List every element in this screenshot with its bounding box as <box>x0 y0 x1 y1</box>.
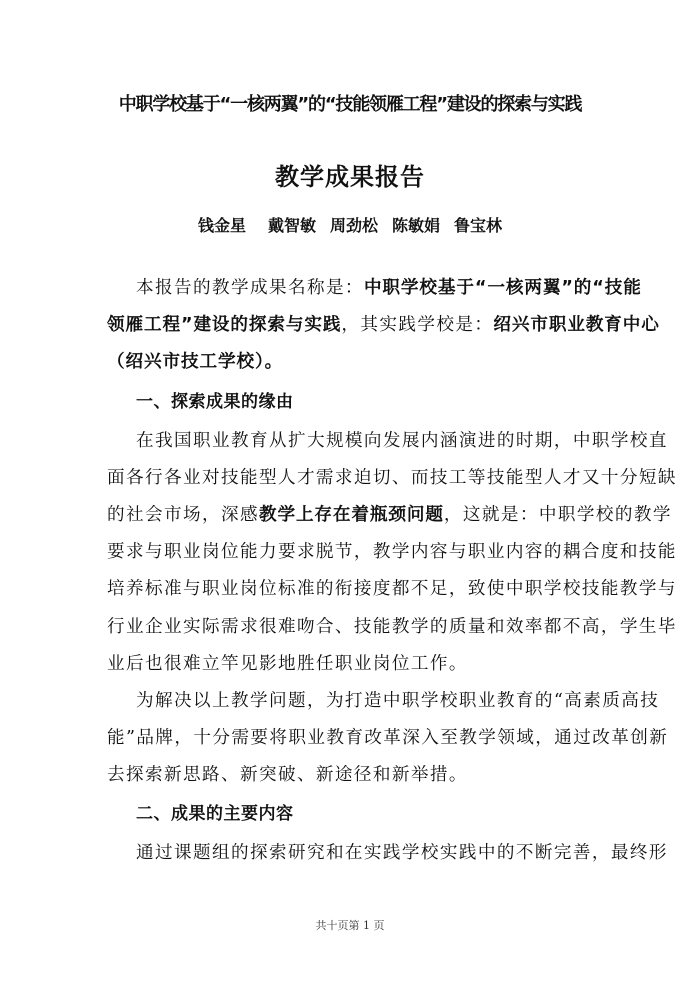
text-line: 通过课题组的探索研究和在实践学校实践中的不断完善，最终形 <box>107 835 597 872</box>
document-body: 本报告的教学成果名称是：中职学校基于“一核两翼”的“技能 领雁工程”建设的探索与… <box>107 270 597 873</box>
author-name: 鲁宝林 <box>454 213 502 236</box>
section1-paragraph-1: 在我国职业教育从扩大规模向发展内涵演进的时期，中职学校直 面各行各业对技能型人才… <box>107 423 597 683</box>
bold-text: 教学上存在着瓶颈问题 <box>259 505 444 525</box>
page-footer: 共十页第 1 页 <box>0 917 700 933</box>
author-list: 钱金星戴智敏周劲松陈敏娟鲁宝林 <box>0 213 700 236</box>
text-line: 的社会市场，深感教学上存在着瓶颈问题，这就是：中职学校的教学 <box>107 497 597 534</box>
text-line: 面各行各业对技能型人才需求迫切、而技工等技能型人才又十分短缺 <box>107 460 597 497</box>
bold-text: 绍兴市职业教育中心 <box>493 315 659 335</box>
document-title: 中职学校基于“一核两翼”的“技能领雁工程”建设的探索与实践 <box>0 90 700 116</box>
author-name: 陈敏娟 <box>392 213 440 236</box>
text-span: 的社会市场，深感 <box>107 505 259 525</box>
section-heading-1: 一、探索成果的缘由 <box>107 382 597 423</box>
text-line: 领雁工程”建设的探索与实践，其实践学校是：绍兴市职业教育中心 <box>107 307 597 344</box>
bold-text: 中职学校基于“一核两翼”的“技能 <box>364 278 642 298</box>
text-span: 本报告的教学成果名称是： <box>136 278 364 298</box>
text-line: 本报告的教学成果名称是：中职学校基于“一核两翼”的“技能 <box>107 270 597 307</box>
text-line: 能”品牌，十分需要将职业教育改革深入至教学领域，通过改革创新 <box>107 720 597 757</box>
bold-text: （绍兴市技工学校）。 <box>107 352 283 372</box>
section1-paragraph-2: 为解决以上教学问题，为打造中职学校职业教育的“高素质高技 能”品牌，十分需要将职… <box>107 683 597 795</box>
author-name: 戴智敏 <box>268 213 316 236</box>
document-subtitle: 教学成果报告 <box>0 157 700 192</box>
section2-paragraph-1: 通过课题组的探索研究和在实践学校实践中的不断完善，最终形 <box>107 835 597 872</box>
text-span: ，这就是：中职学校的教学 <box>444 505 672 525</box>
author-name: 周劲松 <box>330 213 378 236</box>
text-line: 培养标准与职业岗位标准的衔接度都不足，致使中职学校技能教学与 <box>107 571 597 608</box>
text-line: 去探索新思路、新突破、新途径和新举措。 <box>107 757 597 794</box>
text-line: 在我国职业教育从扩大规模向发展内涵演进的时期，中职学校直 <box>107 423 597 460</box>
text-line: （绍兴市技工学校）。 <box>107 344 597 381</box>
text-line: 行业企业实际需求很难吻合、技能教学的质量和效率都不高，学生毕 <box>107 609 597 646</box>
text-line: 业后也很难立竿见影地胜任职业岗位工作。 <box>107 646 597 683</box>
document-page: 中职学校基于“一核两翼”的“技能领雁工程”建设的探索与实践 教学成果报告 钱金星… <box>0 0 700 990</box>
text-line: 为解决以上教学问题，为打造中职学校职业教育的“高素质高技 <box>107 683 597 720</box>
text-line: 要求与职业岗位能力要求脱节，教学内容与职业内容的耦合度和技能 <box>107 534 597 571</box>
text-span: ，其实践学校是： <box>341 315 493 335</box>
section-heading-2: 二、成果的主要内容 <box>107 794 597 835</box>
author-name: 钱金星 <box>198 213 246 236</box>
bold-text: 领雁工程”建设的探索与实践 <box>107 315 341 335</box>
intro-paragraph: 本报告的教学成果名称是：中职学校基于“一核两翼”的“技能 领雁工程”建设的探索与… <box>107 270 597 382</box>
